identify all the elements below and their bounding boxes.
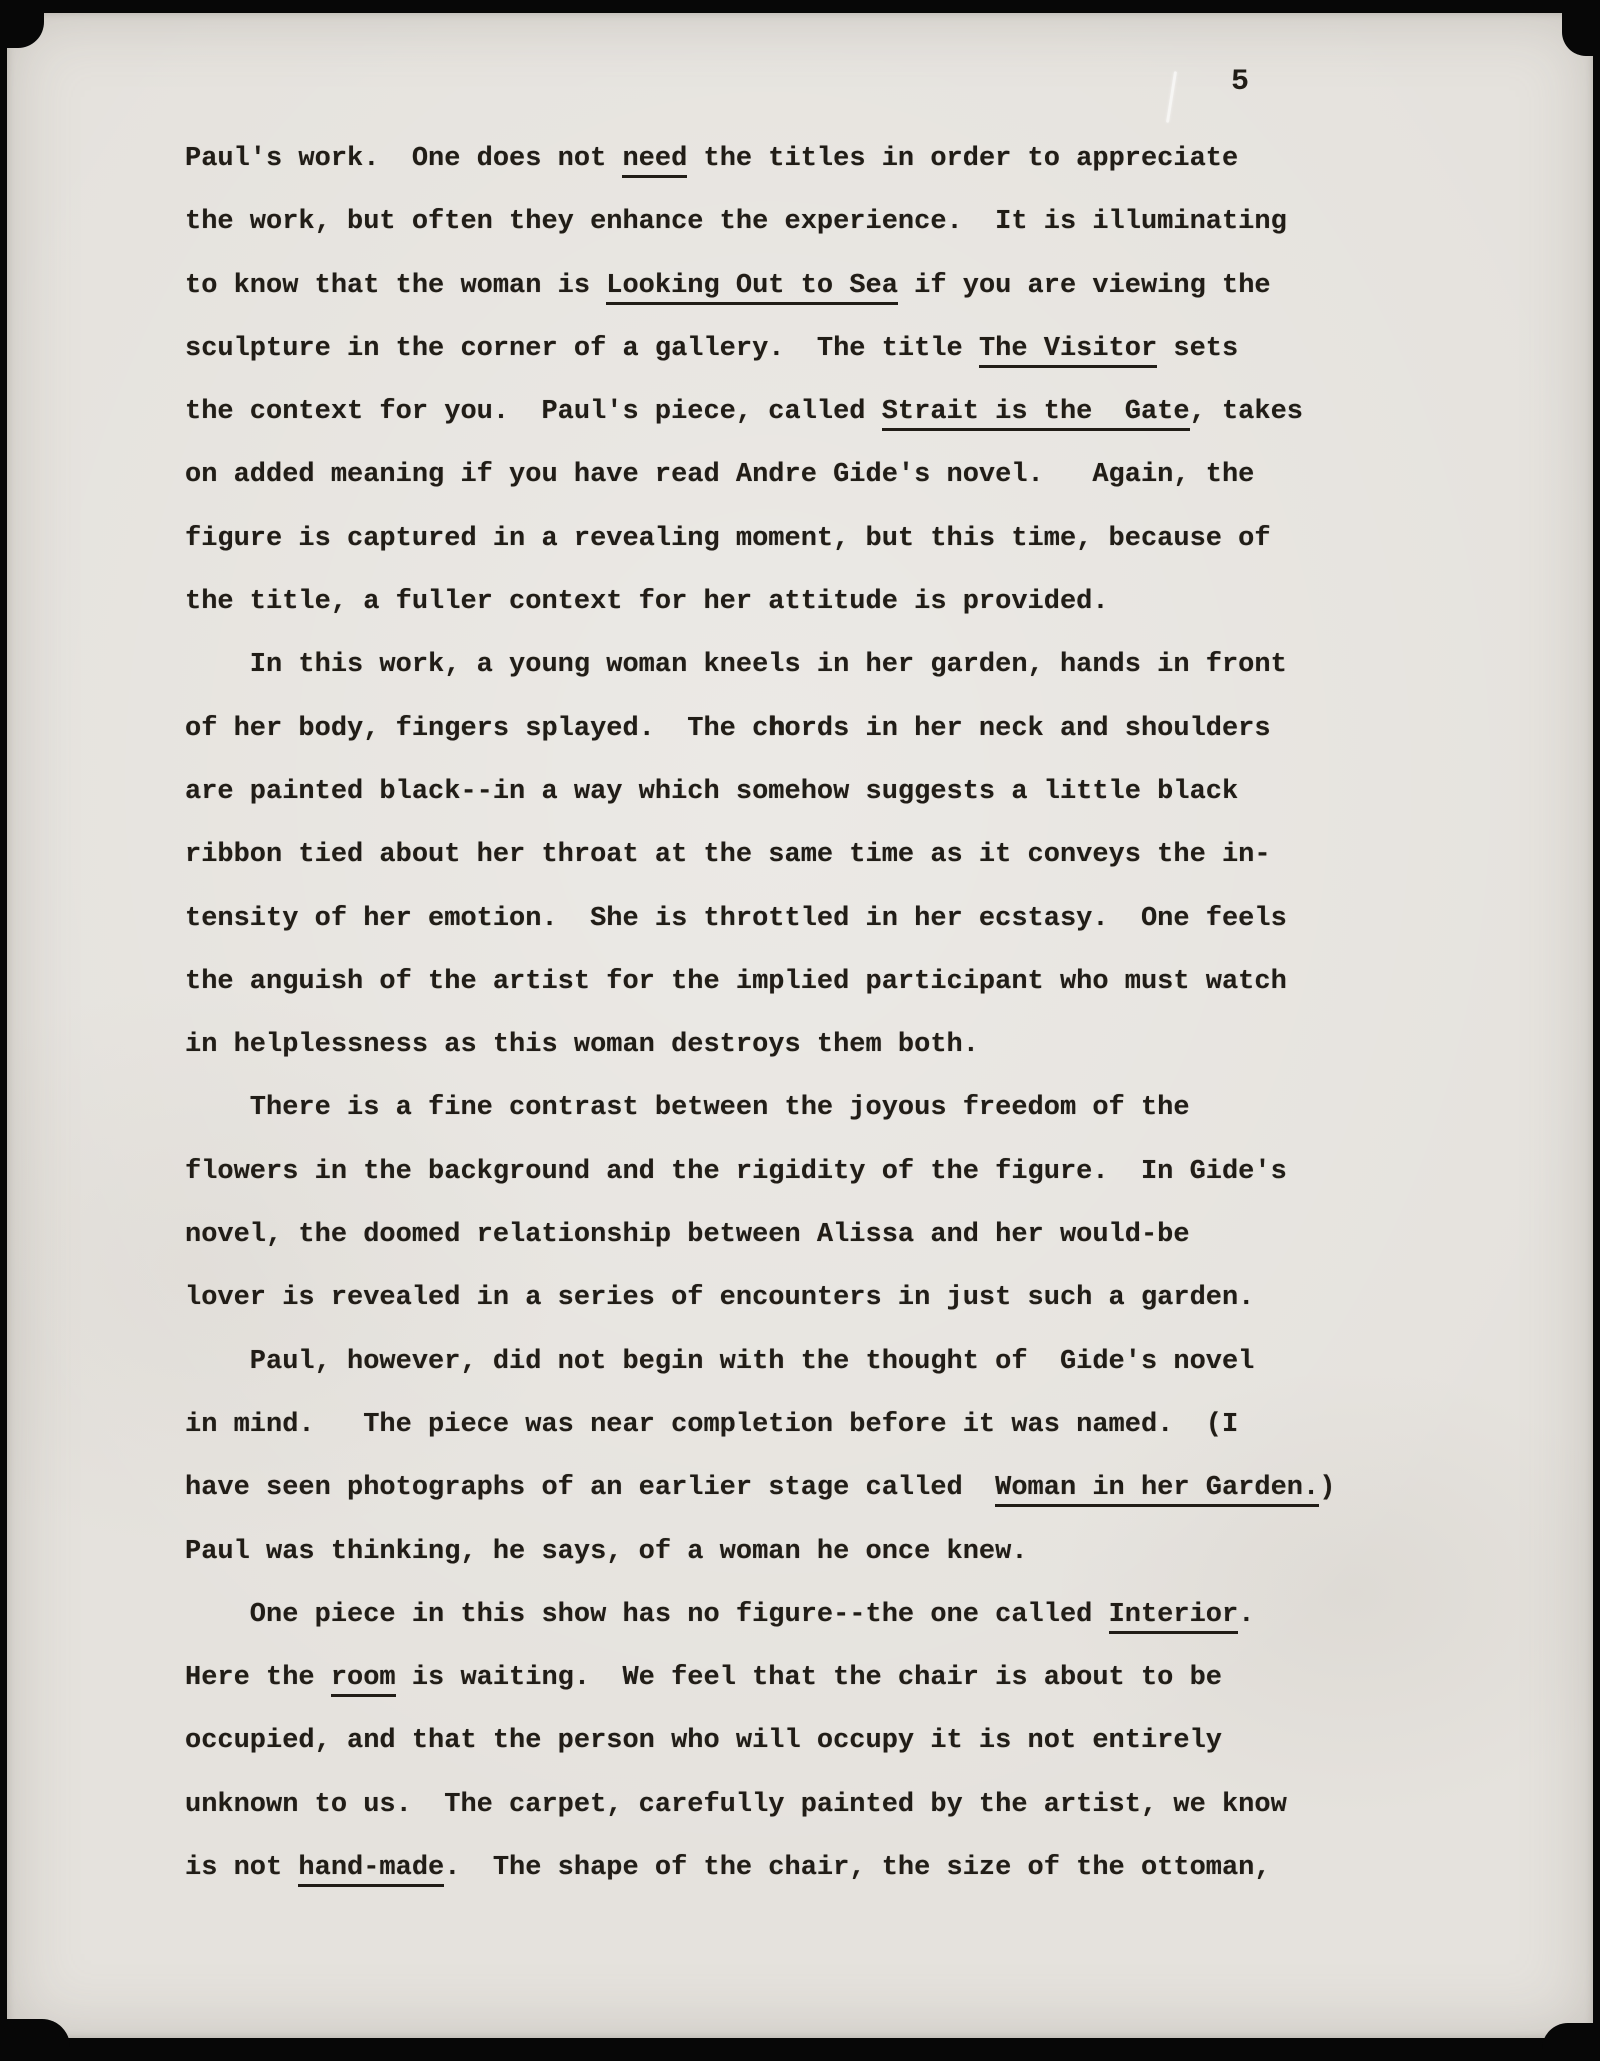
text-segment: Paul, however, did not begin with the th… <box>185 1347 1254 1377</box>
text-segment: to know that the woman is <box>185 271 606 301</box>
text-line: flowers in the background and the rigidi… <box>185 1141 1335 1204</box>
text-segment: sculpture in the corner of a gallery. Th… <box>185 334 979 364</box>
text-segment: In this work, a young woman kneels in he… <box>185 650 1287 680</box>
text-line: Here the room is waiting. We feel that t… <box>185 1647 1335 1710</box>
text-segment: have seen photographs of an earlier stag… <box>185 1473 995 1503</box>
underlined-phrase: Interior <box>1109 1600 1239 1634</box>
text-segment: ) <box>1319 1473 1335 1503</box>
text-line: figure is captured in a revealing moment… <box>185 508 1335 571</box>
text-segment: flowers in the background and the rigidi… <box>185 1157 1287 1187</box>
text-segment: . <box>1238 1600 1254 1630</box>
text-segment: figure is captured in a revealing moment… <box>185 524 1271 554</box>
text-segment: unknown to us. The carpet, carefully pai… <box>185 1790 1287 1820</box>
text-line: tensity of her emotion. She is throttled… <box>185 888 1335 951</box>
underlined-phrase: need <box>622 144 687 178</box>
text-segment: ribbon tied about her throat at the same… <box>185 840 1271 870</box>
text-segment: are painted black--in a way which someho… <box>185 777 1238 807</box>
text-line: are painted black--in a way which someho… <box>185 761 1335 824</box>
text-segment: lover is revealed in a series of encount… <box>185 1283 1254 1313</box>
text-line: is not hand-made. The shape of the chair… <box>185 1837 1335 1900</box>
text-line: in mind. The piece was near completion b… <box>185 1394 1335 1457</box>
underlined-phrase: Woman in her Garden. <box>995 1473 1319 1507</box>
text-line: to know that the woman is Looking Out to… <box>185 255 1335 318</box>
text-segment: on added meaning if you have read Andre … <box>185 460 1254 490</box>
text-segment: novel, the doomed relationship between A… <box>185 1220 1190 1250</box>
text-segment: One piece in this show has no figure--th… <box>185 1600 1109 1630</box>
text-line: in helplessness as this woman destroys t… <box>185 1014 1335 1077</box>
underlined-phrase: hand-made <box>298 1853 444 1887</box>
text-segment: occupied, and that the person who will o… <box>185 1726 1222 1756</box>
scan-corner-bottom-right <box>1542 2023 1600 2061</box>
text-line: There is a fine contrast between the joy… <box>185 1077 1335 1140</box>
text-segment: is not <box>185 1853 298 1883</box>
text-line: the context for you. Paul's piece, calle… <box>185 381 1335 444</box>
text-segment: Paul was thinking, he says, of a woman h… <box>185 1537 1028 1567</box>
text-line: the work, but often they enhance the exp… <box>185 191 1335 254</box>
text-segment: the titles in order to appreciate <box>687 144 1238 174</box>
text-line: sculpture in the corner of a gallery. Th… <box>185 318 1335 381</box>
page-background: 5 Paul's work. One does not need the tit… <box>7 13 1593 2038</box>
text-line: the anguish of the artist for the implie… <box>185 951 1335 1014</box>
text-line: of her body, fingers splayed. The chords… <box>185 698 1335 761</box>
scanned-page: { "page": { "number": "5", "colors": { "… <box>0 0 1600 2061</box>
text-line: the title, a fuller context for her atti… <box>185 571 1335 634</box>
text-segment: if you are viewing the <box>898 271 1271 301</box>
underlined-phrase: room <box>331 1663 396 1697</box>
text-segment: There is a fine contrast between the joy… <box>185 1093 1190 1123</box>
text-segment: the work, but often they enhance the exp… <box>185 207 1287 237</box>
text-line: Paul's work. One does not need the title… <box>185 128 1335 191</box>
text-segment: ords in her neck and shoulders <box>785 714 1271 744</box>
text-segment: of her body, fingers splayed. The c <box>185 714 768 744</box>
text-line: lover is revealed in a series of encount… <box>185 1267 1335 1330</box>
text-segment: Here the <box>185 1663 331 1693</box>
text-segment: . The shape of the chair, the size of th… <box>444 1853 1270 1883</box>
text-line: occupied, and that the person who will o… <box>185 1710 1335 1773</box>
text-segment: is waiting. We feel that the chair is ab… <box>396 1663 1222 1693</box>
text-segment: in helplessness as this woman destroys t… <box>185 1030 979 1060</box>
text-line: Paul, however, did not begin with the th… <box>185 1331 1335 1394</box>
text-line: novel, the doomed relationship between A… <box>185 1204 1335 1267</box>
scan-scratch-mark <box>1166 71 1177 123</box>
underlined-phrase: The Visitor <box>979 334 1157 368</box>
typed-text: Paul's work. One does not need the title… <box>185 128 1335 1900</box>
scan-corner-top-right <box>1562 0 1600 56</box>
text-line: One piece in this show has no figure--th… <box>185 1584 1335 1647</box>
page-number: 5 <box>1231 65 1249 99</box>
text-line: In this work, a young woman kneels in he… <box>185 634 1335 697</box>
text-segment: sets <box>1157 334 1238 364</box>
text-segment: the title, a fuller context for her atti… <box>185 587 1109 617</box>
overstruck-char: h <box>768 714 784 744</box>
text-line: ribbon tied about her throat at the same… <box>185 824 1335 887</box>
underlined-phrase: Strait is the Gate <box>882 397 1190 431</box>
text-segment: tensity of her emotion. She is throttled… <box>185 904 1287 934</box>
text-line: on added meaning if you have read Andre … <box>185 444 1335 507</box>
text-segment: the anguish of the artist for the implie… <box>185 967 1287 997</box>
text-segment: the context for you. Paul's piece, calle… <box>185 397 882 427</box>
underlined-phrase: Looking Out to Sea <box>606 271 898 305</box>
text-line: have seen photographs of an earlier stag… <box>185 1457 1335 1520</box>
text-line: Paul was thinking, he says, of a woman h… <box>185 1521 1335 1584</box>
text-segment: , takes <box>1190 397 1303 427</box>
text-segment: in mind. The piece was near completion b… <box>185 1410 1238 1440</box>
scan-corner-bottom-left <box>0 2019 70 2061</box>
text-line: unknown to us. The carpet, carefully pai… <box>185 1774 1335 1837</box>
text-segment: Paul's work. One does not <box>185 144 622 174</box>
